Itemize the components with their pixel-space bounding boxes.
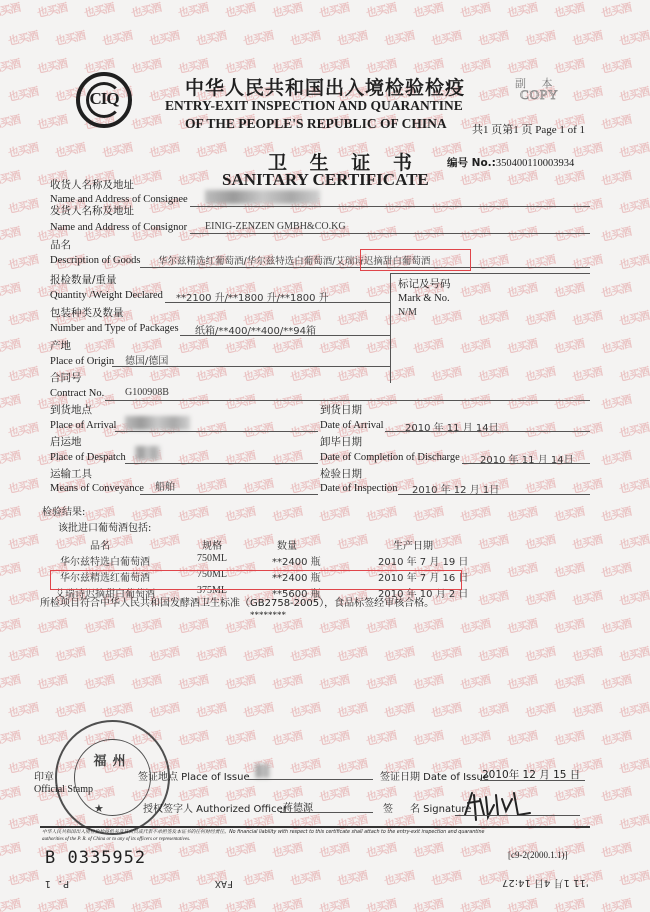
mark-label-cn: 标记及号码	[398, 276, 451, 291]
quantity-label-en: Quantity /Weight Declared	[50, 290, 163, 301]
results-row-1-col-qty: **2400 瓶	[272, 553, 321, 568]
form-number: B 0335952	[45, 848, 146, 868]
place-of-issue-label: 签证地点 Place of Issue	[138, 768, 250, 783]
agency-name-en-2: OF THE PEOPLE'S REPUBLIC OF CHINA	[185, 116, 447, 132]
arrival-place-redacted	[125, 416, 190, 430]
consignee-label-cn: 收货人名称及地址	[50, 177, 134, 192]
disclaimer-line-2: authorities of the P. R. of China or to …	[42, 837, 190, 842]
agency-name-cn: 中华人民共和国出入境检验检疫	[185, 73, 465, 100]
consignor-value: EINIG-ZENZEN GMBH&CO.KG	[205, 221, 346, 232]
origin-value: 德国/德国	[125, 352, 168, 367]
copy-mark-en: COPY	[520, 87, 559, 103]
arrival-place-label-cn: 到货地点	[50, 402, 92, 417]
results-heading: 检验结果:	[42, 503, 85, 518]
place-of-issue-redacted	[255, 764, 270, 778]
results-header-col-name: 品名	[90, 537, 110, 552]
arrival-date-label-en: Date of Arrival	[320, 420, 384, 431]
packages-label-en: Number and Type of Packages	[50, 323, 179, 334]
origin-label-cn: 产地	[50, 338, 71, 353]
despatch-place-label-en: Place of Despatch	[50, 452, 126, 463]
goods-label-en: Description of Goods	[50, 255, 140, 266]
mark-label-en: Mark & No.	[398, 293, 450, 304]
fax-timestamp: '11 1月 4日 14:27	[502, 877, 589, 892]
form-code: [c9-2(2000.1.1)]	[508, 850, 567, 860]
arrival-date-label-cn: 到货日期	[320, 402, 362, 417]
results-header-col-qty: 数量	[277, 537, 297, 552]
discharge-date-label-en: Date of Completion of Discharge	[320, 452, 460, 463]
highlight-goods	[360, 249, 471, 271]
results-row-1-col-name: 华尔兹特选白葡萄酒	[60, 553, 150, 568]
fax-page-marker: P. 1	[45, 878, 69, 889]
conveyance-label-cn: 运输工具	[50, 466, 92, 481]
conveyance-label-en: Means of Conveyance	[50, 483, 144, 494]
despatch-place-label-cn: 启运地	[50, 434, 82, 449]
consignor-label-cn: 发货人名称及地址	[50, 203, 134, 218]
stamp-label-en: Official Stamp	[34, 784, 93, 795]
issue-date-label: 签证日期 Date of Issue	[380, 768, 489, 783]
despatch-place-redacted	[135, 446, 160, 460]
fax-label: FAX	[215, 878, 233, 889]
results-intro: 该批进口葡萄酒包括:	[58, 519, 151, 534]
inspection-date-label-en: Date of Inspection	[320, 483, 398, 494]
authorized-officer-label: 授权签字人 Authorized Officer	[143, 800, 287, 815]
mark-value: N/M	[398, 307, 417, 318]
contract-label-en: Contract No.	[50, 388, 104, 399]
results-conclusion: 所检项目符合中华人民共和国发酵酒卫生标准（GB2758-2005），食品标签经审…	[40, 594, 434, 609]
results-row-1-col-date: 2010 年 7 月 19 日	[378, 553, 468, 568]
origin-label-en: Place of Origin	[50, 356, 114, 367]
results-row-1-col-spec: 750ML	[197, 553, 227, 564]
agency-name-en-1: ENTRY-EXIT INSPECTION AND QUARANTINE	[165, 98, 463, 114]
serial-number: 编号 No.:350400110003934	[447, 155, 574, 170]
signature-label-cn: 签	[383, 800, 393, 815]
contract-value: G100908B	[125, 387, 169, 398]
page-info: 共1 页第1 页 Page 1 of 1	[472, 121, 585, 137]
ciq-logo: CIQ	[76, 72, 132, 128]
arrival-place-label-en: Place of Arrival	[50, 420, 116, 431]
contract-label-cn: 合同号	[50, 370, 82, 385]
goods-label-cn: 品名	[50, 237, 71, 252]
highlight-row	[50, 570, 462, 590]
stamp-label-cn: 印章	[34, 768, 54, 783]
title-en: SANITARY CERTIFICATE	[222, 170, 429, 190]
quantity-label-cn: 报检数量/重量	[50, 272, 117, 287]
results-end-stars: ********	[250, 610, 286, 620]
results-header-col-date: 生产日期	[393, 537, 433, 552]
consignor-label-en: Name and Address of Consignor	[50, 222, 187, 233]
inspection-date-label-cn: 检验日期	[320, 466, 362, 481]
discharge-date-label-cn: 卸毕日期	[320, 434, 362, 449]
conveyance-value: 船舶	[155, 478, 175, 493]
packages-label-cn: 包装种类及数量	[50, 305, 124, 320]
disclaimer-line-1: 中华人民共和国出入境检验检疫机关及其官员或代表不承担签发本证书的任何财经责任。N…	[42, 828, 484, 835]
signature-scribble	[460, 785, 540, 830]
consignee-redacted	[205, 190, 320, 204]
results-header-col-spec: 规格	[202, 537, 222, 552]
